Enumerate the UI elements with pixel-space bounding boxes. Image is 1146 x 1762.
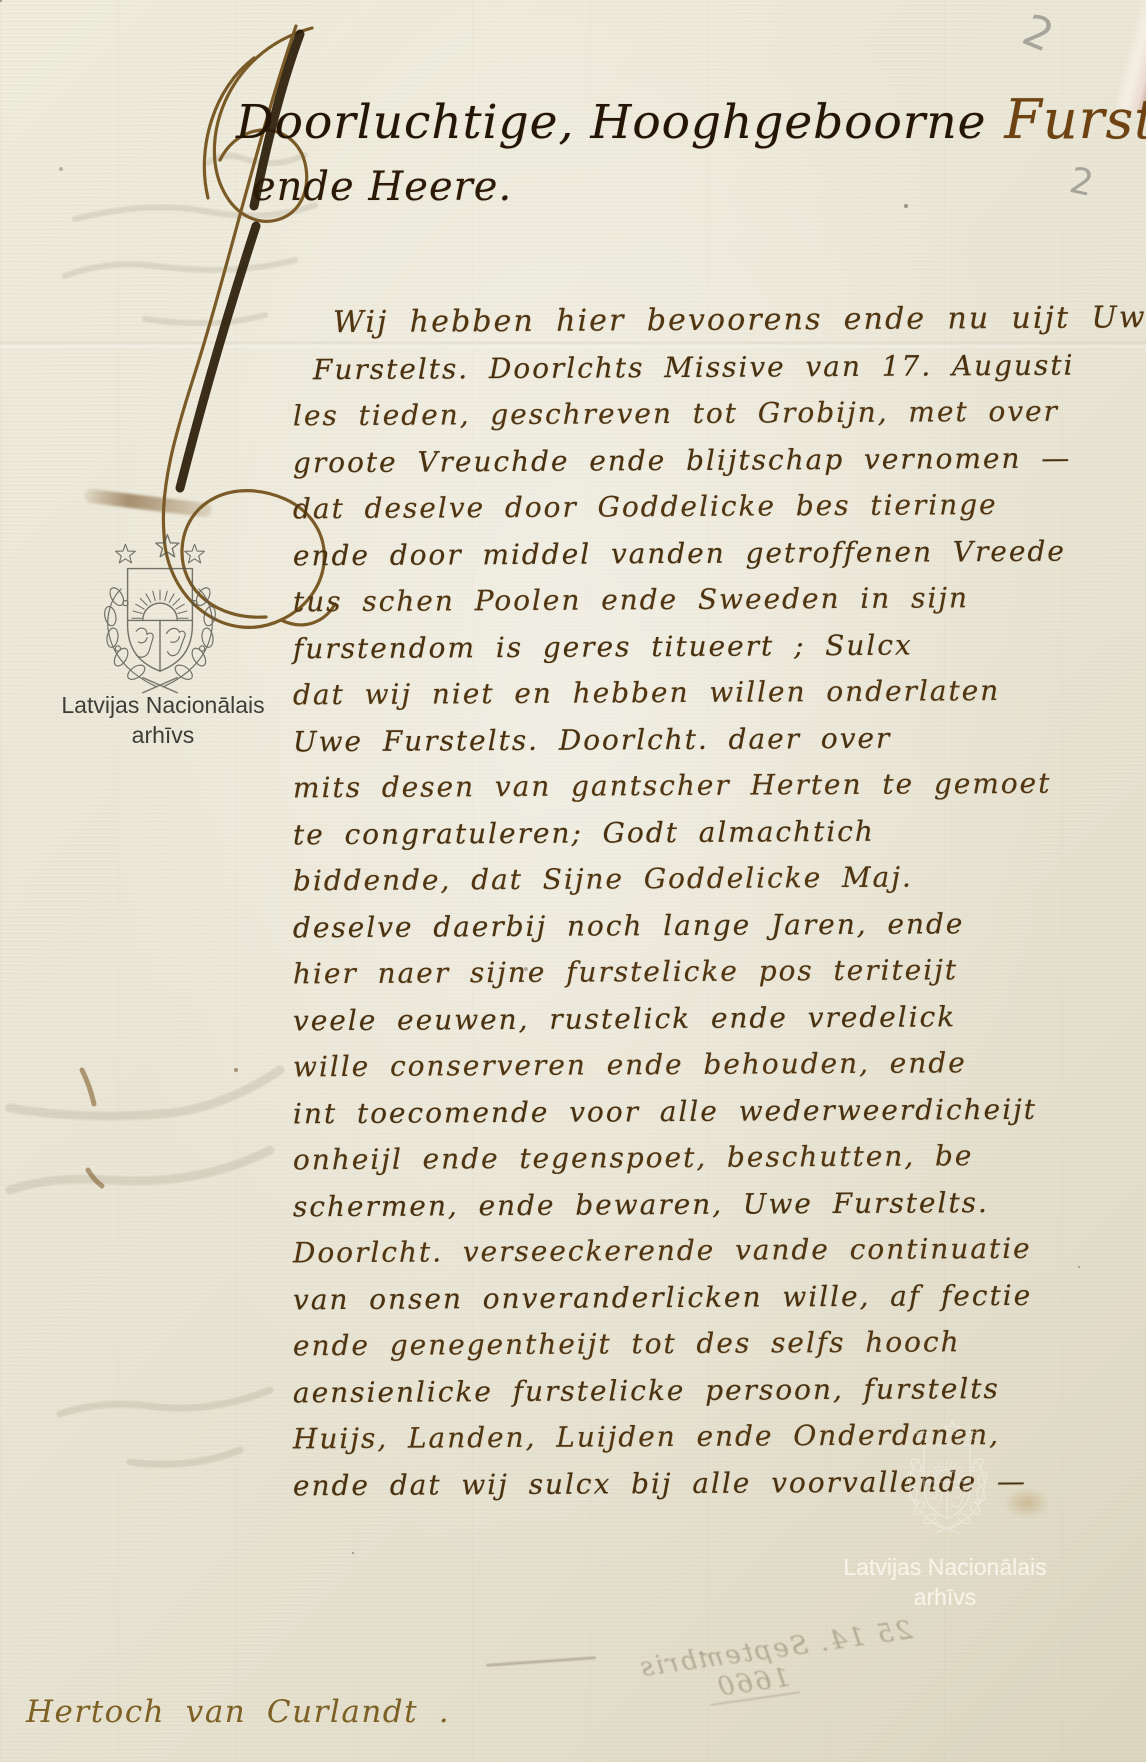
manuscript-line: ende genegentheijt tot des selfs hooch	[293, 1319, 1063, 1370]
ink-specks	[0, 0, 2, 2]
folio-number-pencil: 2	[1015, 5, 1060, 63]
bleedthrough-date-note: 25 14. Septembris 1660	[553, 1615, 918, 1726]
manuscript-line: Doorlcht. verseeckerende vande continuat…	[293, 1226, 1063, 1277]
manuscript-line: groote Vreuchde ende blijtschap vernomen…	[293, 435, 1063, 486]
manuscript-scan-page: 2 2 Doorluchtige, HooghgeboorneFurst end…	[0, 0, 1146, 1762]
manuscript-line: mits desen van gantscher Herten te gemoe…	[293, 761, 1063, 812]
bleedthrough-text-block-bottom-left	[40, 1350, 300, 1490]
manuscript-body: Wij hebben hier bevoorens ende nu uijt U…	[293, 298, 1063, 1507]
docket-note: Hertoch van Curlandt .	[26, 1694, 450, 1730]
manuscript-line: deselve daerbij noch lange Jaren, ende	[293, 900, 1063, 951]
archive-name-line1: Latvijas Nacionālais	[795, 1552, 1095, 1582]
manuscript-line: Furstelts. Doorlchts Missive van 17. Aug…	[293, 342, 1063, 393]
letter-salutation-line2: ende Heere.	[252, 164, 512, 210]
bleedthrough-ink-marks	[60, 1060, 180, 1200]
manuscript-line: ende door middel vanden getroffenen Vree…	[293, 528, 1063, 579]
manuscript-line: van onsen onveranderlicken wille, af fec…	[293, 1272, 1063, 1323]
manuscript-line: schermen, ende bewaren, Uwe Furstelts.	[293, 1179, 1063, 1230]
manuscript-line: Wij hebben hier bevoorens ende nu uijt U…	[293, 296, 1063, 347]
archive-watermark-bottom-right: Latvijas Nacionālais arhīvs	[795, 1552, 1095, 1612]
manuscript-line: Uwe Furstelts. Doorlcht. daer over	[293, 714, 1063, 765]
archive-name-line2: arhīvs	[13, 720, 313, 750]
archive-name-line2: arhīvs	[795, 1582, 1095, 1612]
manuscript-line: wille conserveren ende behouden, ende	[293, 1040, 1063, 1091]
archive-coat-of-arms-left	[84, 534, 236, 696]
manuscript-line: biddende, dat Sijne Goddelicke Maj.	[293, 854, 1063, 905]
manuscript-line: dat wij niet en hebben willen onderlaten	[293, 668, 1063, 719]
archive-watermark-left: Latvijas Nacionālais arhīvs	[13, 690, 313, 750]
salutation-furst: Furst	[1004, 88, 1146, 151]
manuscript-line: les tieden, geschreven tot Grobijn, met …	[293, 389, 1063, 440]
manuscript-line: furstendom is geres titueert ; Sulcx	[293, 621, 1063, 672]
manuscript-line: aensienlicke furstelicke persoon, furste…	[293, 1365, 1063, 1416]
manuscript-line: tus schen Poolen ende Sweeden in sijn	[293, 575, 1063, 626]
manuscript-line: onheijl ende tegenspoet, beschutten, be	[293, 1133, 1063, 1184]
archive-name-line1: Latvijas Nacionālais	[13, 690, 313, 720]
archive-coat-of-arms-right	[893, 1412, 1001, 1544]
salutation-text: Doorluchtige, Hooghgeboorne	[236, 95, 986, 150]
manuscript-line: dat deselve door Goddelicke bes tieringe	[293, 482, 1063, 533]
manuscript-line: int toecomende voor alle wederweerdichei…	[293, 1086, 1063, 1137]
manuscript-line: te congratuleren; Godt almachtich	[293, 807, 1063, 858]
manuscript-line: veele eeuwen, rustelick ende vredelick	[293, 993, 1063, 1044]
folio-number-pencil-2: 2	[1066, 160, 1097, 205]
letter-salutation-line1: Doorluchtige, HooghgeboorneFurst	[236, 88, 1096, 151]
manuscript-line: hier naer sijne furstelicke pos teriteij…	[293, 947, 1063, 998]
